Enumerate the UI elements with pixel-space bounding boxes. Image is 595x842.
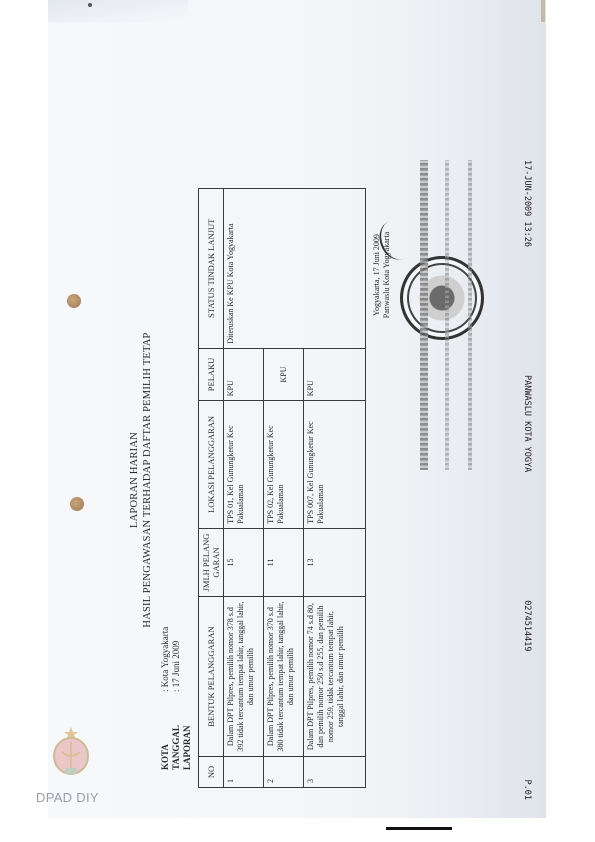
cell-bentuk: Dalam DPT Pilpres, pemilih nomor 378 s.d… [224,597,264,757]
cell-no: 1 [224,756,264,787]
header-status: STATUS TINDAK LANJUT [199,189,224,349]
cell-bentuk: Dalam DPT Pilpres, pemilih nomor 370 s.d… [264,597,304,757]
header-no: NO [199,756,224,787]
punch-hole-icon [67,294,81,308]
meta-value: : 17 Juni 2009 [171,641,193,692]
title-line-2: HASIL PENGAWASAN TERHADAP DAFTAR PEMILIH… [141,160,154,800]
cell-bentuk: Dalam DPT Pilpres, pemilih nomor 74 s.d … [304,597,366,757]
cell-pelaku: KPU [304,348,366,401]
cell-no: 3 [304,756,366,787]
violations-table: NO BENTUK PELANGGARAN JMLH PELANG GARAN … [198,188,366,788]
signature-date: Yogyakarta, 17 Juni 2009 [372,190,382,360]
cell-status: Diteruskan Ke KPU Kota Yogyakarta [224,189,366,349]
table-header-row: NO BENTUK PELANGGARAN JMLH PELANG GARAN … [199,189,224,788]
cell-jumlah: 11 [264,528,304,597]
fax-header: 17-JUN-2009 13:26 PANWASLU KOTA YOGYA 02… [522,160,532,800]
cell-no: 2 [264,756,304,787]
rotated-document: LAPORAN HARIAN HASIL PENGAWASAN TERHADAP… [110,160,540,800]
fax-page: P.01 [522,780,532,800]
fax-number: 0274514419 [522,600,532,651]
scan-streak [445,160,449,470]
page-fold-shadow [48,0,188,22]
signature-block: Yogyakarta, 17 Juni 2009 Panwaslu Kota Y… [372,190,392,360]
meta-label: TANGGAL LAPORAN [171,692,193,770]
fax-datetime: 17-JUN-2009 13:26 [522,160,532,247]
header-bentuk: BENTUK PELANGGARAN [199,597,224,757]
cell-jumlah: 15 [224,528,264,597]
table-row: 1 Dalam DPT Pilpres, pemilih nomor 378 s… [224,189,264,788]
fax-sender: PANWASLU KOTA YOGYA [522,375,532,472]
cell-lokasi: TPS 007, Kel Gunungketur Kec Pakualaman [304,401,366,529]
watermark-text: DPAD DIY [36,790,99,805]
meta-label: KOTA [160,692,171,770]
signature-office: Panwaslu Kota Yogyakarta [382,190,392,360]
header-lokasi: LOKASI PELANGGARAN [199,401,224,529]
cell-pelaku: KPU [264,348,304,401]
document-title: LAPORAN HARIAN HASIL PENGAWASAN TERHADAP… [128,160,154,800]
meta-row-kota: KOTA : Kota Yogyakarta [160,627,171,770]
scan-border-mark [386,827,452,830]
scan-speck [88,3,92,7]
cell-lokasi: TPS 02, Kel Gunungketur Kec Pakualaman [264,401,304,529]
cell-lokasi: TPS 01, Kel Gunungketur Kec Pakualaman [224,401,264,529]
meta-row-tanggal: TANGGAL LAPORAN : 17 Juni 2009 [171,627,193,770]
cell-pelaku: KPU [224,348,264,401]
header-jumlah: JMLH PELANG GARAN [199,528,224,597]
title-line-1: LAPORAN HARIAN [128,160,141,800]
meta-value: : Kota Yogyakarta [160,627,171,692]
punch-hole-icon [70,497,84,511]
scan-streak [468,160,472,470]
scan-streak [420,160,428,470]
header-pelaku: PELAKU [199,348,224,401]
report-meta: KOTA : Kota Yogyakarta TANGGAL LAPORAN :… [160,627,193,770]
cell-jumlah: 13 [304,528,366,597]
dpad-emblem-icon [50,726,92,778]
page-edge [541,0,545,22]
